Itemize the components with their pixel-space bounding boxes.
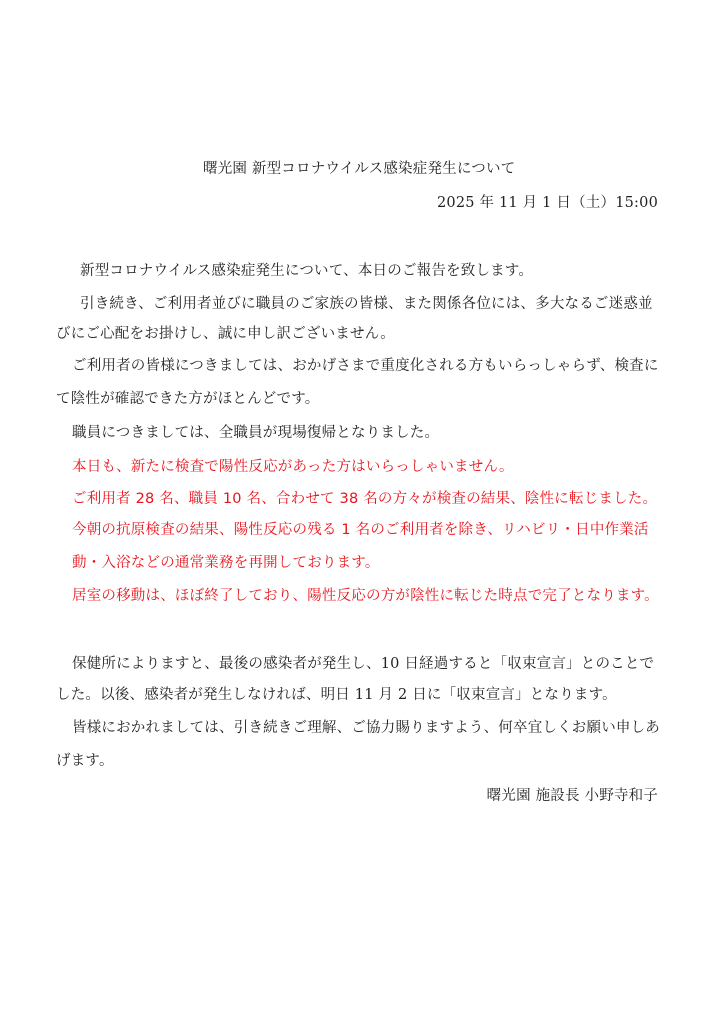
paragraph-line: びにご心配をお掛けし、誠に申し訳ございません。 (56, 325, 395, 343)
document-title: 曙光園 新型コロナウイルス感染症発生について (203, 160, 515, 178)
highlight-line: 今朝の抗原検査の結果、陽性反応の残る 1 名のご利用者を除き、リハビリ・日中作業… (72, 521, 649, 539)
paragraph-line: 引き続き、ご利用者並びに職員のご家族の皆様、また関係各位には、多大なるご迷惑並 (80, 295, 653, 313)
paragraph-line: 新型コロナウイルス感染症発生について、本日のご報告を致します。 (80, 262, 533, 280)
paragraph-line: げます。 (56, 752, 114, 770)
paragraph-line: 職員につきましては、全職員が現場復帰となりました。 (72, 424, 439, 442)
signature: 曙光園 施設長 小野寺和子 (487, 787, 658, 805)
highlight-line: 居室の移動は、ほぼ終了しており、陽性反応の方が陰性に転じた時点で完了となります。 (72, 587, 659, 605)
paragraph-line: て陰性が確認できた方がほとんどです。 (56, 390, 319, 408)
paragraph-line: ご利用者の皆様につきましては、おかげさまで重度化される方もいらっしゃらず、検査に (72, 357, 659, 375)
paragraph-line: した。以後、感染者が発生しなければ、明日 11 月 2 日に「収束宣言」となりま… (56, 686, 617, 704)
paragraph-line: 保健所によりますと、最後の感染者が発生し、10 日経過すると「収束宣言」とのこと… (72, 655, 654, 673)
paragraph-line: 皆様におかれましては、引き続きご理解、ご協力賜りますよう、何卒宜しくお願い申しあ (72, 719, 660, 737)
highlight-line: 動・入浴などの通常業務を再開しております。 (72, 554, 380, 572)
highlight-line: ご利用者 28 名、職員 10 名、合わせて 38 名の方々が検査の結果、陰性に… (72, 490, 657, 508)
document-date: 2025 年 11 月 1 日（土）15:00 (437, 194, 658, 212)
document-page: 曙光園 新型コロナウイルス感染症発生について 2025 年 11 月 1 日（土… (0, 0, 724, 1024)
highlight-line: 本日も、新たに検査で陽性反応があった方はいらっしゃいません。 (72, 458, 514, 476)
